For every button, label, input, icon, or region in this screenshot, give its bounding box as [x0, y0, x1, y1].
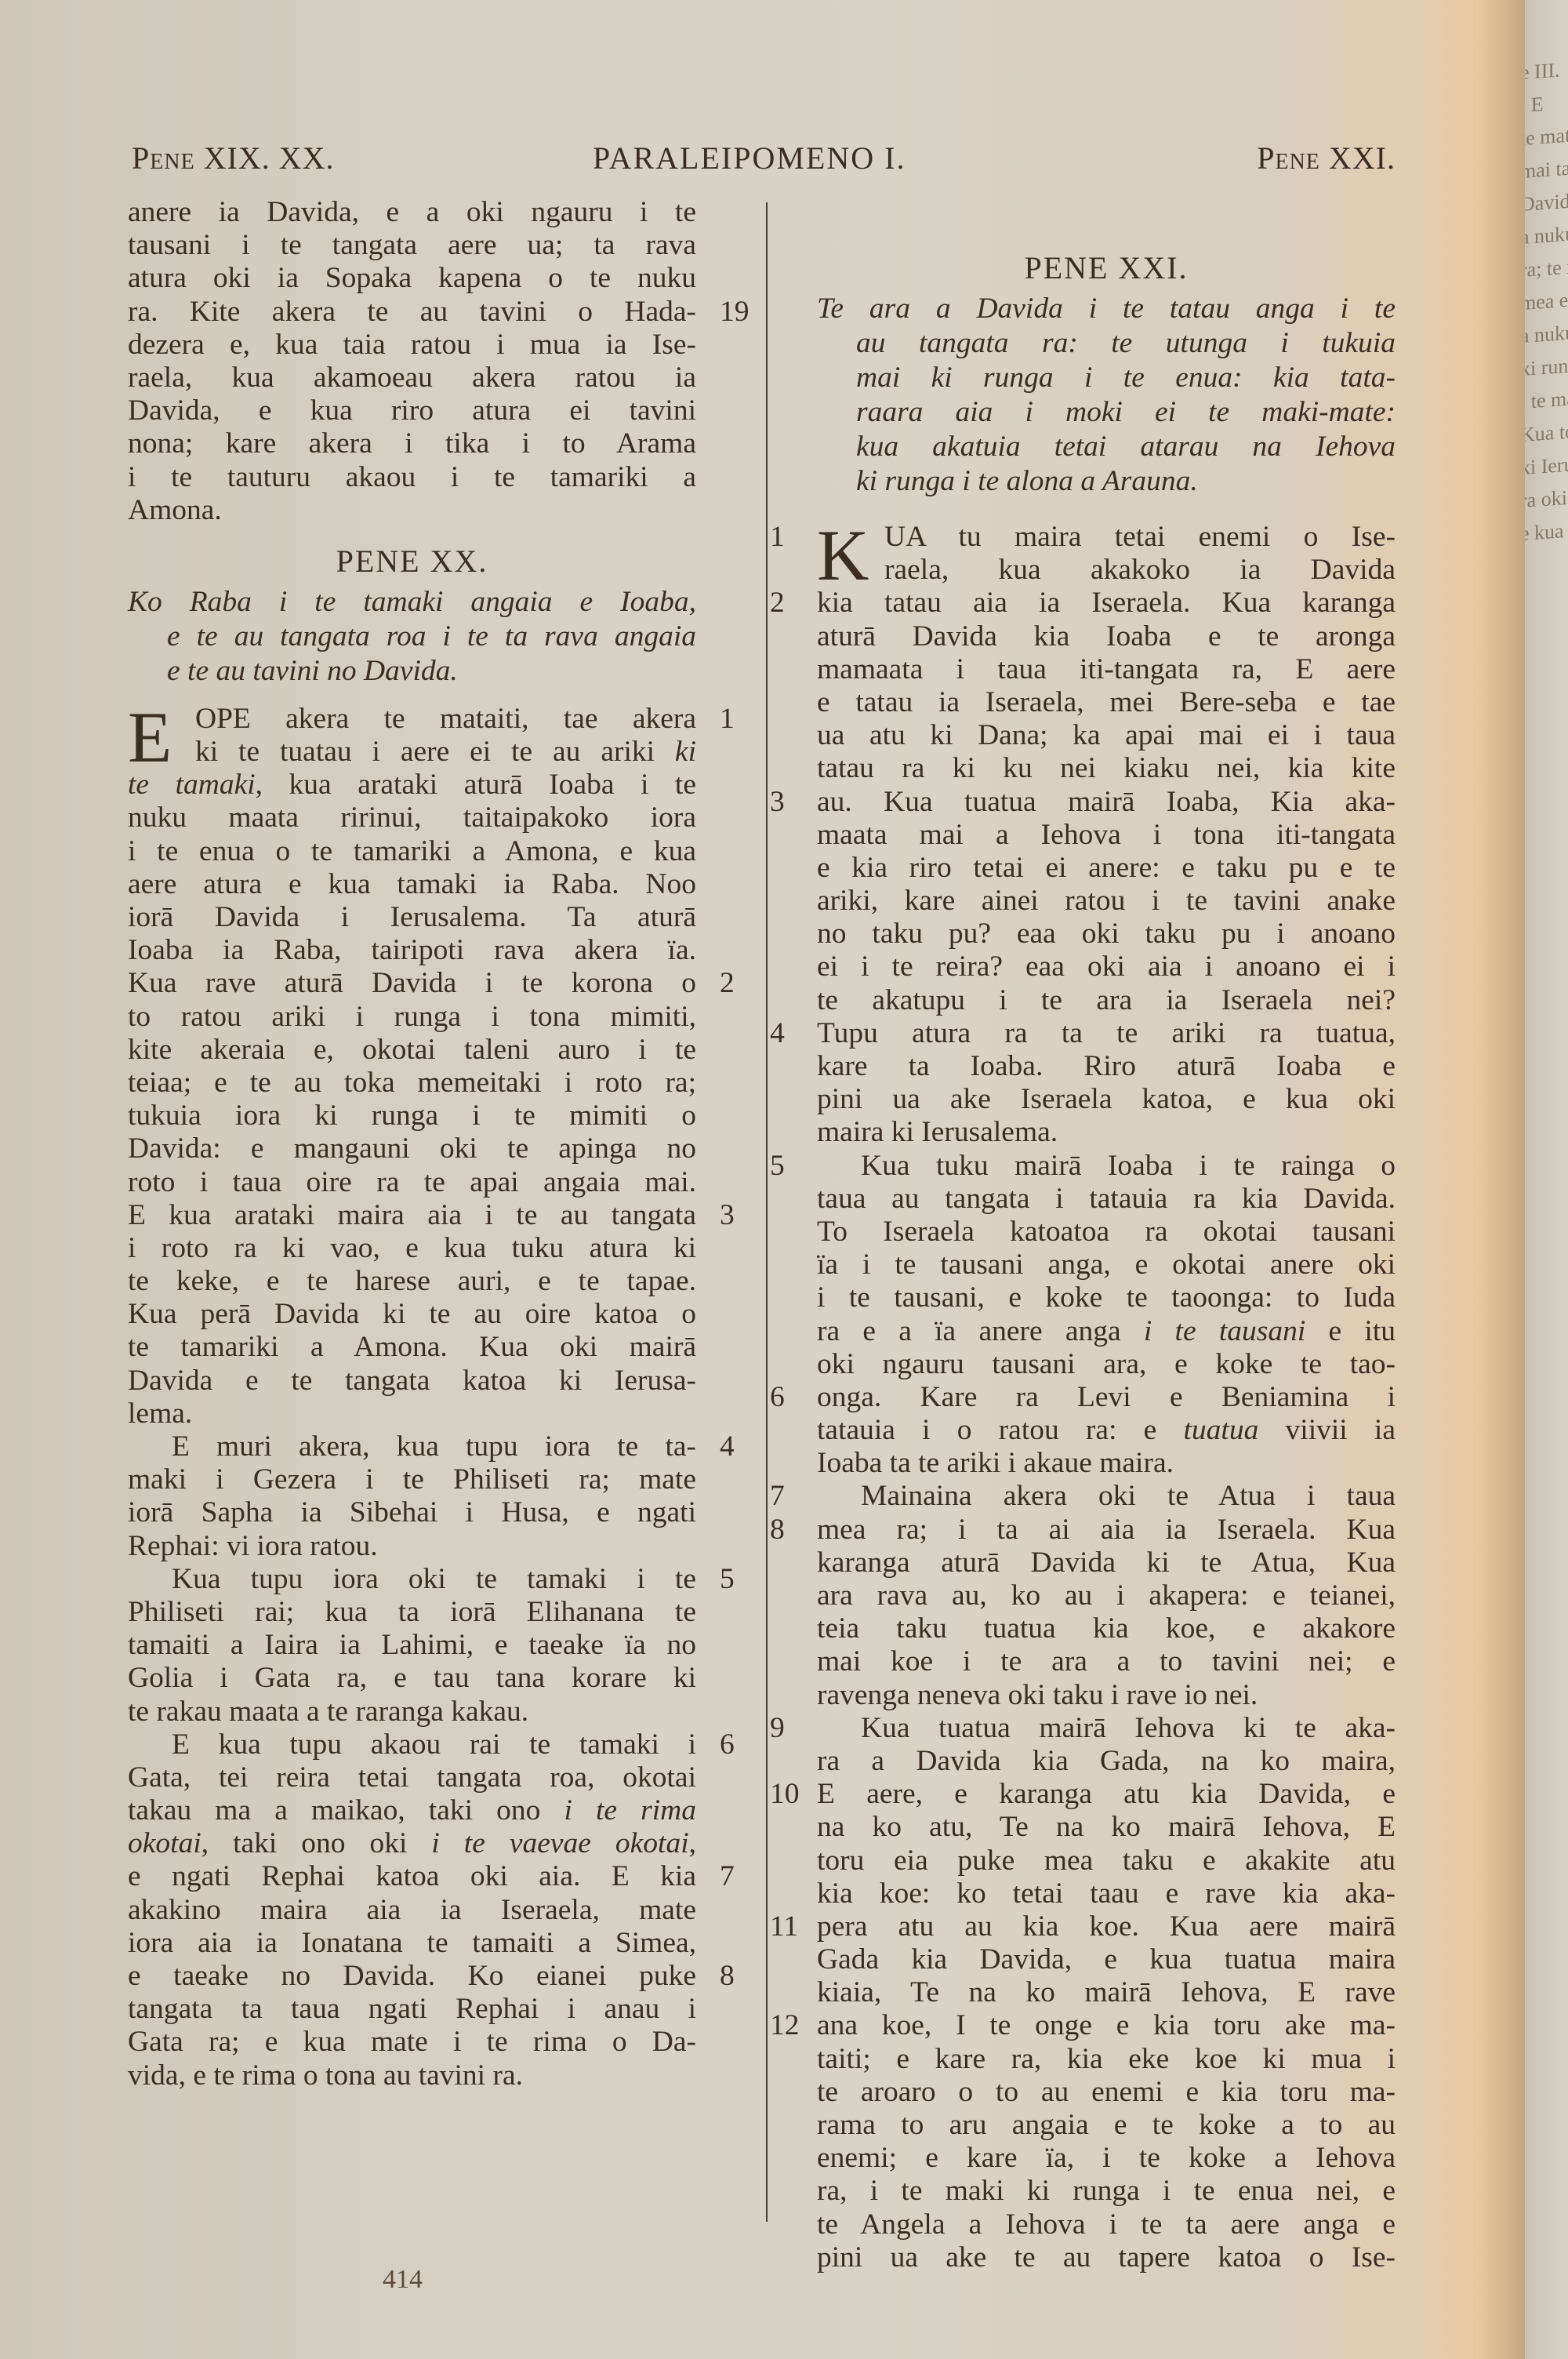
text-line: taua au tangata i tatauia ra kia Davida.	[817, 1183, 1396, 1216]
verse-number: 9	[770, 1712, 804, 1745]
text-line: Ioaba ia Raba, tairipoti rava akera ïa.	[128, 934, 696, 967]
text-line: ki te tuatau i aere ei te au ariki ki	[128, 736, 696, 769]
text-line: i te tausani, e koke te taoonga: to Iuda	[817, 1281, 1396, 1314]
text-line: tukuia iora ki runga i te mimiti o	[128, 1100, 696, 1132]
text-line: Kua perā Davida ki te au oire katoa o	[128, 1298, 696, 1331]
text-line: takau ma a maikao, taki ono i te rima	[128, 1794, 696, 1827]
text-line: maira ki Ierusalema.	[817, 1116, 1396, 1149]
verse-number: 11	[770, 1910, 804, 1943]
text-line: raela, kua akamoeau akera ratou ia	[128, 362, 696, 394]
text-line: kiaia, Te na ko mairā Iehova, E rave	[817, 1976, 1396, 2009]
text-line: pini ua ake Iseraela katoa, e kua oki	[817, 1083, 1396, 1116]
text-line: e taeake no Davida. Ko eianei puke8	[128, 1960, 696, 1993]
text-line: nona; kare akera i tika i to Arama	[128, 427, 696, 460]
text-line: 5Kua tuku mairā Ioaba i te rainga o	[817, 1150, 1396, 1183]
text-line: aturā Davida kia Ioaba e te aronga	[817, 620, 1396, 653]
text-line: te tamaki, kua arataki aturā Ioaba i te	[128, 769, 696, 801]
text-line: Gata ra; e kua mate i te rima o Da-	[128, 2026, 696, 2059]
text-line: karanga aturā Davida ki te Atua, Kua	[817, 1547, 1396, 1579]
verse-number: 4	[720, 1430, 751, 1463]
text-line: oki ngauru tausani ara, e koke te tao-	[817, 1348, 1396, 1381]
summary-line: au tangata ra: te utunga i tukuia	[817, 326, 1396, 361]
summary-line: e te au tangata roa i te ta rava angaia	[128, 620, 696, 654]
verse-number: 2	[770, 587, 804, 620]
text-line: tatau ra ki ku nei kiaku nei, kia kite	[817, 752, 1396, 785]
running-head-right: Pene XXI.	[1257, 140, 1396, 176]
text-line: tatauia i o ratou ra: e tuatua viivii ia	[817, 1414, 1396, 1447]
chapter-xxi-body: K 1UA tu maira tetai enemi o Ise- raela,…	[817, 521, 1396, 2274]
text-line: kia koe: ko tetai taau e rave kia aka-	[817, 1877, 1396, 1910]
text-line: Gata, tei reira tetai tangata roa, okota…	[128, 1761, 696, 1794]
text-line: iorā Davida i Ierusalema. Ta aturā	[128, 901, 696, 934]
text-line: To Iseraela katoatoa ra okotai tausani	[817, 1216, 1396, 1249]
text-line: e kia riro tetai ei anere: e taku pu e t…	[817, 852, 1396, 885]
chapter-xix-continuation: anere ia Davida, e a oki ngauru i te tau…	[128, 196, 696, 527]
text-line: te aroaro o to au enemi e kia toru ma-	[817, 2076, 1396, 2109]
text-line: toru eia puke mea taku e akakite atu	[817, 1845, 1396, 1877]
text-line: i roto ra ki vao, e kua tuku atura ki	[128, 1232, 696, 1265]
verse-number: 4	[770, 1017, 804, 1050]
summary-line: ki runga i te alona a Arauna.	[817, 464, 1396, 499]
text-line: dezera e, kua taia ratou i mua ia Ise-	[128, 329, 696, 362]
summary-line: mai ki runga i te enua: kia tata-	[817, 361, 1396, 395]
text-line: taiti; e kare ra, kia eke koe ki mua i	[817, 2043, 1396, 2076]
chapter-heading-xxi: PENE XXI.	[817, 245, 1396, 292]
text-line: Philiseti rai; kua ta iorā Elihanana te	[128, 1596, 696, 1629]
text-line: 4Tupu atura ra ta te ariki ra tuatua,	[817, 1017, 1396, 1050]
verse-number: 7	[720, 1860, 751, 1893]
verse-number: 2	[720, 967, 751, 1000]
chapter-xxi-summary: Te ara a Davida i te tatau anga i te au …	[817, 292, 1396, 499]
text-line: tamaiti a Iaira ia Lahimi, e taeake ïa n…	[128, 1629, 696, 1662]
text-line: OPE akera te mataiti, tae akera1	[128, 703, 696, 736]
text-line: mamaata i taua iti-tangata ra, E aere	[817, 653, 1396, 686]
verse-number: 6	[770, 1381, 804, 1414]
text-line: kare ta Ioaba. Riro aturā Ioaba e	[817, 1050, 1396, 1083]
verse-number: 6	[720, 1728, 751, 1761]
verse-number: 12	[770, 2009, 804, 2042]
text-line: akakino maira aia ia Iseraela, mate	[128, 1894, 696, 1927]
text-line: ara rava au, ko au i akapera: e teianei,	[817, 1579, 1396, 1612]
text-line: atura oki ia Sopaka kapena o te nuku	[128, 262, 696, 295]
text-line: 11pera atu au kia koe. Kua aere mairā	[817, 1910, 1396, 1943]
text-line: 12ana koe, I te onge e kia toru ake ma-	[817, 2009, 1396, 2042]
text-line: 8mea ra; i ta ai aia ia Iseraela. Kua	[817, 1514, 1396, 1547]
text-line: 3au. Kua tuatua mairā Ioaba, Kia aka-	[817, 786, 1396, 819]
text-line: rama to aru angaia e te koke a to au	[817, 2109, 1396, 2142]
book-page: Pene XIX. XX. PARALEIPOMENO I. Pene XXI.…	[0, 0, 1474, 2359]
text-line: pini ua ake te au tapere katoa o Ise-	[817, 2241, 1396, 2274]
text-line: Gada kia Davida, e kua tuatua maira	[817, 1943, 1396, 1976]
text-line: ariki, kare ainei ratou i te tavini anak…	[817, 885, 1396, 918]
verse-number: 8	[770, 1514, 804, 1547]
text-line: roto i taua oire ra te apai angaia mai.	[128, 1166, 696, 1199]
facing-page-text: e III. i E te matua mai taku Davida kia …	[1525, 0, 1568, 551]
text-line: Amona.	[128, 494, 696, 527]
text-line: 10E aere, e karanga atu kia Davida, e	[817, 1778, 1396, 1811]
running-head-left: Pene XIX. XX.	[132, 140, 335, 176]
verse-number: 1	[770, 521, 804, 554]
text-line: nuku maata ririnui, taitaipakoko iora	[128, 801, 696, 834]
text-line: Kua tupu iora oki te tamaki i te5	[128, 1563, 696, 1596]
page-number: 414	[383, 2265, 423, 2295]
text-line: Ioaba ta te ariki i akaue maira.	[817, 1447, 1396, 1480]
text-line: Kua rave aturā Davida i te korona o2	[128, 967, 696, 1000]
text-line: tausani i te tangata aere ua; ta rava	[128, 229, 696, 262]
verse-number: 3	[770, 786, 804, 819]
chapter-xx-summary: Ko Raba i te tamaki angaia e Ioaba, e te…	[128, 585, 696, 689]
text-line: to ratou ariki i runga i tona mimiti,	[128, 1001, 696, 1034]
text-line: enemi; e kare ïa, i te koke a Iehova	[817, 2142, 1396, 2175]
text-line: teia taku tuatua kia koe, e akakore	[817, 1612, 1396, 1645]
verse-number: 5	[770, 1150, 804, 1183]
text-line: ra a Davida kia Gada, na ko maira,	[817, 1745, 1396, 1778]
right-column: PENE XXI. Te ara a Davida i te tatau ang…	[817, 196, 1396, 2274]
text-line: maki i Gezera i te Philiseti ra; mate	[128, 1463, 696, 1496]
text-line: teiaa; e te au toka memeitaki i roto ra;	[128, 1067, 696, 1100]
text-line: Davida, e kua riro atura ei tavini	[128, 394, 696, 427]
text-line: ravenga neneva oki taku i rave io nei.	[817, 1679, 1396, 1712]
text-line: e ngati Rephai katoa oki aia. E kia7	[128, 1860, 696, 1893]
verse-number: 8	[720, 1960, 751, 1993]
text-line: i te enua o te tamariki a Amona, e kua	[128, 835, 696, 868]
text-line: ua atu ki Dana; ka apai mai ei i taua	[817, 719, 1396, 752]
text-line: kite akeraia e, okotai taleni auro i te	[128, 1034, 696, 1067]
text-line: mai koe i te ara a to tavini nei; e	[817, 1645, 1396, 1678]
book-gutter	[1443, 0, 1529, 2359]
text-line: ra, i te maki ki runga i te enua nei, e	[817, 2175, 1396, 2208]
text-line: aere atura e kua tamaki ia Raba. Noo	[128, 868, 696, 901]
text-line: 2kia tatau aia ia Iseraela. Kua karanga	[817, 587, 1396, 620]
facing-page-edge: e III. i E te matua mai taku Davida kia …	[1525, 0, 1568, 2359]
verse-number: 1	[720, 703, 751, 736]
text-line: Rephai: vi iora ratou.	[128, 1530, 696, 1563]
running-head-title: PARALEIPOMENO I.	[593, 140, 906, 176]
text-line: te tamariki a Amona. Kua oki mairā	[128, 1331, 696, 1364]
text-line: i te tauturu akaou i te tamariki a	[128, 461, 696, 494]
text-line: anere ia Davida, e a oki ngauru i te	[128, 196, 696, 229]
verse-number: 5	[720, 1563, 751, 1596]
text-line: 1UA tu maira tetai enemi o Ise-	[817, 521, 1396, 554]
chapter-xx-body: E OPE akera te mataiti, tae akera1 ki te…	[128, 703, 696, 2092]
text-line: te akatupu i te ara ia Iseraela nei?	[817, 984, 1396, 1017]
text-line: E muri akera, kua tupu iora te ta-4	[128, 1430, 696, 1463]
text-line: ra. Kite akera te au tavini o Hada-19	[128, 296, 696, 329]
text-line: vida, e te rima o tona au tavini ra.	[128, 2059, 696, 2092]
text-line: 9Kua tuatua mairā Iehova ki te aka-	[817, 1712, 1396, 1745]
text-line: no taku pu? eaa oki taku pu i anoano	[817, 918, 1396, 951]
summary-line: Ko Raba i te tamaki angaia e Ioaba,	[128, 585, 696, 620]
text-line: te Angela a Iehova i te ta aere anga e	[817, 2208, 1396, 2241]
left-column: anere ia Davida, e a oki ngauru i te tau…	[128, 196, 696, 2092]
column-divider	[766, 202, 768, 2222]
summary-line: kua akatuia tetai atarau na Iehova	[817, 430, 1396, 464]
verse-number: 19	[720, 296, 751, 329]
text-line: Golia i Gata ra, e tau tana korare ki	[128, 1662, 696, 1695]
text-line: e tatau ia Iseraela, mei Bere-seba e tae	[817, 686, 1396, 719]
chapter-heading-xx: PENE XX.	[128, 538, 696, 585]
text-line: ïa i te tausani anga, e okotai anere oki	[817, 1249, 1396, 1281]
summary-line: raara aia i moki ei te maki-mate:	[817, 395, 1396, 430]
text-line: ei i te reira? eaa oki aia i anoano ei i	[817, 951, 1396, 983]
text-line: 7Mainaina akera oki te Atua i taua	[817, 1480, 1396, 1513]
text-line: na ko atu, Te na ko mairā Iehova, E	[817, 1811, 1396, 1844]
text-line: te keke, e te harese auri, e te tapae.	[128, 1265, 696, 1298]
verse-number: 3	[720, 1199, 751, 1232]
text-line: E kua arataki maira aia i te au tangata3	[128, 1199, 696, 1232]
text-line: E kua tupu akaou rai te tamaki i6	[128, 1728, 696, 1761]
running-head: Pene XIX. XX. PARALEIPOMENO I. Pene XXI.	[132, 140, 1396, 187]
text-line: Davida: e mangauni oki te apinga no	[128, 1132, 696, 1165]
text-line: ra e a ïa anere anga i te tausani e itu	[817, 1315, 1396, 1348]
text-line: iora aia ia Ionatana te tamaiti a Simea,	[128, 1927, 696, 1960]
text-line: te rakau maata a te raranga kakau.	[128, 1696, 696, 1728]
text-line: raela, kua akakoko ia Davida	[817, 554, 1396, 587]
summary-line: Te ara a Davida i te tatau anga i te	[817, 292, 1396, 326]
verse-number: 7	[770, 1480, 804, 1513]
text-line: okotai, taki ono oki i te vaevae okotai,	[128, 1827, 696, 1860]
text-line: maata mai a Iehova i tona iti-tangata	[817, 819, 1396, 852]
text-line: lema.	[128, 1398, 696, 1430]
text-line: 6onga. Kare ra Levi e Beniamina i	[817, 1381, 1396, 1414]
verse-number: 10	[770, 1778, 804, 1811]
text-line: tangata ta taua ngati Rephai i anau i	[128, 1993, 696, 2026]
text-line: iorā Sapha ia Sibehai i Husa, e ngati	[128, 1496, 696, 1529]
summary-line: e te au tavini no Davida.	[128, 654, 696, 689]
text-line: Davida e te tangata katoa ki Ierusa-	[128, 1365, 696, 1398]
